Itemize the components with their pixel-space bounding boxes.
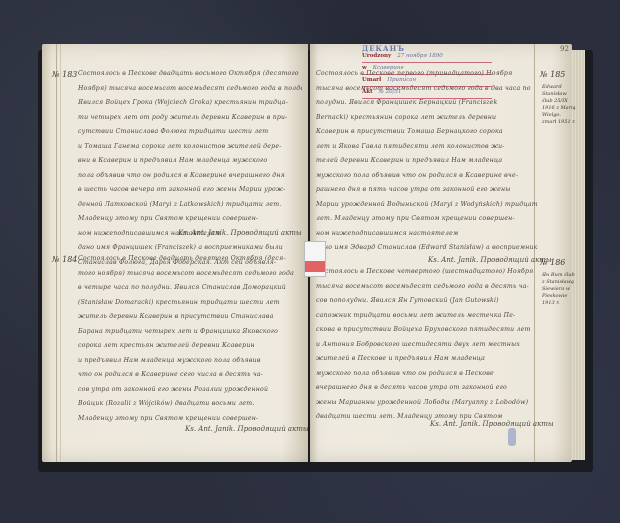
signature: Ks. Ant. Janik. Проводящий акты <box>428 256 552 264</box>
entry-text: Состоялось в Пескове двадцать девятого О… <box>78 252 302 426</box>
entry-number: № 186 <box>540 258 565 267</box>
page-number: 92 <box>560 45 569 53</box>
entry-text: Состоялось в Пескове первого (тринадцато… <box>316 67 538 256</box>
color-calibration-card <box>304 241 326 277</box>
entry-number: № 183 <box>52 70 77 79</box>
side-note: Edward Stanisław ślub 25/IX 1916 z Marią… <box>542 84 576 126</box>
margin-line <box>56 44 57 462</box>
signature: Ks. Ant. Janik. Проводящий акты <box>430 420 554 428</box>
entry-number: № 184 <box>52 255 77 264</box>
margin-line <box>60 44 61 462</box>
stamp-row: Urodzony27 ноября 1890 <box>362 53 492 63</box>
calibration-red-patch <box>305 261 325 272</box>
entry-text: Состоялось в Пескове двадцать восьмого О… <box>78 67 302 270</box>
side-note: Ян Вит ślub z Stanisławą Siewiera w Pies… <box>542 272 576 307</box>
entry-text: Состоялось в Пескове четвертого (шестнад… <box>316 265 538 425</box>
entry-number: № 185 <box>540 70 565 79</box>
margin-note: Ксаверин <box>30 262 40 287</box>
ink-smudge <box>508 428 516 446</box>
signature: Ks. Ant. Janik. Проводящий акты <box>178 229 302 237</box>
signature: Ks. Ant. Janik. Проводящий акты <box>185 425 309 433</box>
